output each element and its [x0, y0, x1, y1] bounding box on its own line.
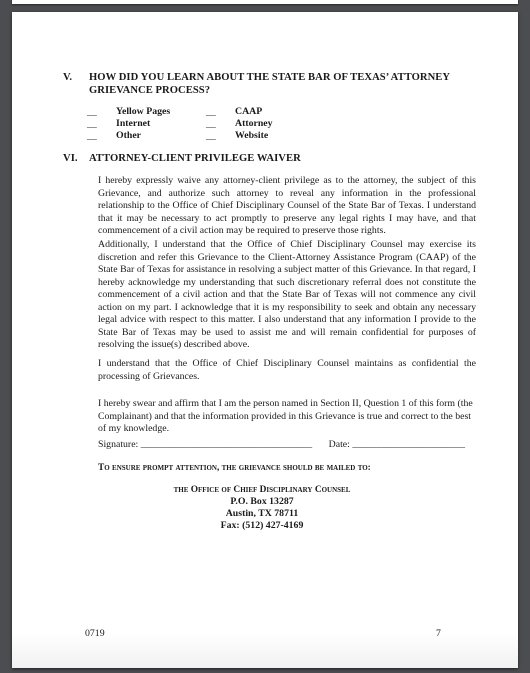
option-yellow-pages: Yellow Pages [116, 106, 170, 118]
caap-referral-paragraph: Additionally, I understand that the Offi… [98, 239, 476, 352]
option-blank[interactable]: __ [87, 119, 97, 131]
address-po-box: P.O. Box 13287 [112, 496, 412, 508]
option-internet: Internet [116, 118, 150, 130]
address-city: Austin, TX 78711 [112, 508, 412, 520]
section-v-heading: V. HOW DID YOU LEARN ABOUT THE STATE BAR… [63, 71, 503, 101]
date-field[interactable]: _______________________ [352, 439, 465, 450]
page-number: 7 [436, 628, 441, 639]
document-page: V. HOW DID YOU LEARN ABOUT THE STATE BAR… [12, 12, 518, 668]
waiver-paragraph: I hereby expressly waive any attorney-cl… [98, 175, 476, 238]
signature-label: Signature: [98, 439, 138, 450]
section-vi-title: ATTORNEY-CLIENT PRIVILEGE WAIVER [89, 152, 301, 165]
signature-field[interactable]: ___________________________________ [141, 439, 312, 450]
option-other: Other [116, 130, 141, 142]
option-blank[interactable]: __ [87, 107, 97, 119]
mailing-notice: To ensure prompt attention, the grievanc… [98, 463, 371, 473]
option-attorney: Attorney [235, 118, 273, 130]
address-fax: Fax: (512) 427-4169 [112, 520, 412, 532]
section-vi-heading: VI. ATTORNEY-CLIENT PRIVILEGE WAIVER [63, 152, 503, 166]
option-blank[interactable]: __ [206, 107, 216, 119]
option-website: Website [235, 130, 268, 142]
date-label: Date: [329, 439, 350, 450]
confidentiality-paragraph: I understand that the Office of Chief Di… [98, 358, 476, 383]
section-v-title-line2: GRIEVANCE PROCESS? [89, 84, 210, 97]
option-caap: CAAP [235, 106, 262, 118]
section-vi-number: VI. [63, 152, 78, 165]
section-v-number: V. [63, 71, 72, 84]
form-code: 0719 [85, 628, 105, 639]
section-v-title-line1: HOW DID YOU LEARN ABOUT THE STATE BAR OF… [89, 71, 450, 84]
option-blank[interactable]: __ [87, 131, 97, 143]
mailing-address: the Office of Chief Disciplinary Counsel… [112, 484, 412, 532]
affirmation-paragraph: I hereby swear and affirm that I am the … [98, 398, 476, 436]
option-blank[interactable]: __ [206, 131, 216, 143]
signature-row: Signature: _____________________________… [98, 439, 465, 450]
option-blank[interactable]: __ [206, 119, 216, 131]
previous-page-edge [12, 0, 518, 4]
address-office: the Office of Chief Disciplinary Counsel [112, 484, 412, 496]
